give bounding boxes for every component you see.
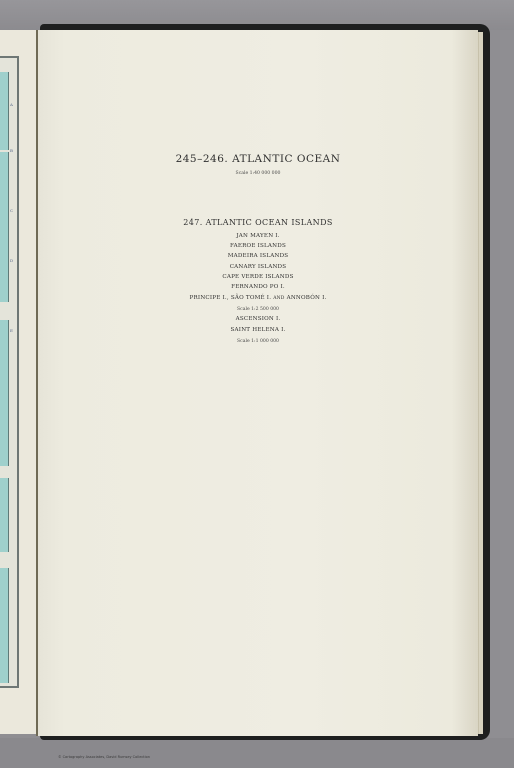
map-margin-label: C: [10, 208, 13, 213]
list-item: FERNANDO PO I.: [38, 284, 478, 290]
list-item: SAINT HELENA I.: [38, 327, 478, 333]
scale-note: Scale 1:40 000 000: [38, 171, 478, 176]
map-strip: [0, 152, 9, 302]
right-page: [38, 30, 478, 736]
map-margin-label: B: [10, 148, 13, 153]
map-margin-label: A: [10, 102, 13, 107]
section-title-atlantic-ocean: 245–246. ATLANTIC OCEAN: [38, 153, 478, 165]
list-item: CAPE VERDE ISLANDS: [38, 274, 478, 280]
map-margin-label: E: [10, 328, 13, 333]
list-item: JAN MAYEN I.: [38, 233, 478, 239]
footer-caption: © Cartography Associates, David Rumsey C…: [58, 755, 150, 759]
map-frame: A B C D E: [0, 56, 19, 688]
map-strip: [0, 320, 9, 466]
list-item-principe: PRINCIPE I., SÃO TOMÉ I. AND ANNOBÓN I.: [38, 295, 478, 301]
map-margin-label: D: [10, 258, 13, 263]
page-edge: [478, 32, 483, 734]
section-title-atlantic-islands: 247. ATLANTIC OCEAN ISLANDS: [38, 218, 478, 227]
left-page: A B C D E: [0, 30, 37, 734]
annobon-text: ANNOBÓN I.: [287, 295, 327, 301]
map-strip: [0, 568, 9, 683]
list-item: CANARY ISLANDS: [38, 264, 478, 270]
list-item: ASCENSION I.: [38, 316, 478, 322]
map-strip: [0, 72, 9, 150]
map-strip: [0, 478, 9, 552]
principe-text: PRINCIPE I., SÃO TOMÉ I.: [190, 295, 272, 301]
scale-note: Scale 1:2 500 000: [38, 307, 478, 312]
list-item: MADEIRA ISLANDS: [38, 253, 478, 259]
list-item: FAEROE ISLANDS: [38, 243, 478, 249]
scale-note: Scale 1:1 000 000: [38, 339, 478, 344]
background-bottom: [0, 738, 514, 768]
and-text: AND: [273, 296, 284, 301]
